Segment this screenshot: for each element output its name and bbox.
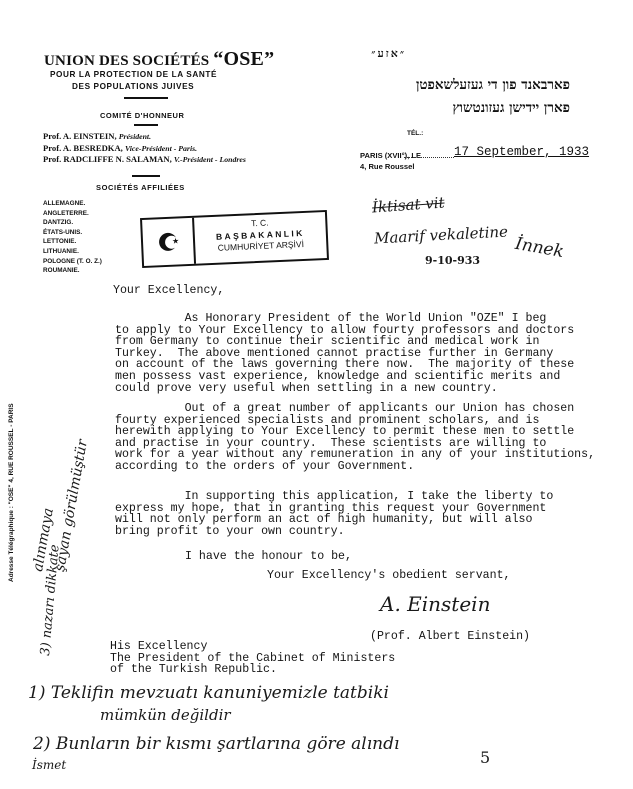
letter-paragraph: Out of a great number of applicants our … [115, 403, 595, 473]
divider [124, 97, 168, 99]
divider [132, 175, 160, 177]
yiddish-title-line1: פארבאנד פון די געזעלשאפטן [416, 77, 570, 93]
yiddish-title-line2: פארן יידישן געזונטשוץ [453, 100, 571, 116]
member-role: Vice-Président - Paris. [125, 144, 197, 153]
letter-paragraph: In supporting this application, I take t… [115, 491, 553, 537]
org-name-text: UNION DES SOCIÉTÉS [44, 53, 213, 69]
handwritten-signature-note: İsmet [32, 758, 66, 772]
org-subtitle-line2: DES POPULATIONS JUIVES [72, 82, 194, 91]
stamp-text: T. C. BAŞBAKANLIK CUMHURİYET ARŞİVİ [194, 212, 327, 264]
crescent-star-icon: ★ [159, 233, 178, 252]
handwritten-bottom-note: 1) Teklifin mevzuatı kanuniyemizle tatbi… [28, 683, 389, 703]
org-subtitle-line1: POUR LA PROTECTION DE LA SANTÉ [50, 70, 217, 79]
handwritten-side-note: şayan görülmüştür [52, 438, 91, 572]
page-number: 5 [480, 748, 490, 767]
member-name: Prof. RADCLIFFE N. SALAMAN, [43, 154, 172, 164]
organization-name: UNION DES SOCIÉTÉS “OSE” [44, 48, 274, 71]
honour-committee-list: Prof. A. EINSTEIN, Président. Prof. A. B… [43, 131, 246, 166]
closing-line: I have the honour to be, [185, 551, 352, 563]
handwritten-ministry-note: Maarif vekaletine [374, 223, 509, 248]
handwritten-date: 9-10-933 [425, 254, 480, 267]
member-name: Prof. A. BESREDKA, [43, 143, 123, 153]
affiliates-list: ALLEMAGNE. ANGLETERRE. DANTZIG. ÉTATS-UN… [43, 199, 102, 276]
member-name: Prof. A. EINSTEIN, [43, 131, 117, 141]
affiliates-heading: SOCIÉTÉS AFFILIÉES [96, 183, 185, 192]
affiliate-country: ÉTATS-UNIS. [43, 228, 102, 238]
committee-heading: COMITÉ D'HONNEUR [100, 111, 184, 120]
member-role: V.-Président - Londres [174, 155, 246, 164]
addressee-block: His Excellency The President of the Cabi… [110, 641, 395, 676]
street-address: 4, Rue Roussel [360, 162, 414, 171]
stamp-emblem: ★ [142, 218, 196, 266]
affiliate-country: ROUMANIE. [43, 266, 102, 276]
handwritten-struck-note: İktisat vit [371, 193, 445, 216]
salutation: Your Excellency, [113, 285, 224, 297]
affiliate-country: LETTONIE. [43, 237, 102, 247]
committee-member: Prof. A. BESREDKA, Vice-Président - Pari… [43, 143, 246, 155]
committee-member: Prof. A. EINSTEIN, Président. [43, 131, 246, 143]
letter-paragraph: As Honorary President of the World Union… [115, 313, 574, 394]
handwritten-bottom-note: 2) Bunların bir kısmı şartlarına göre al… [33, 734, 399, 754]
yiddish-acronym: ״אזע״ [371, 47, 406, 60]
affiliate-country: DANTZIG. [43, 218, 102, 228]
divider [134, 124, 158, 126]
member-role: Président. [119, 132, 151, 141]
archive-stamp: ★ T. C. BAŞBAKANLIK CUMHURİYET ARŞİVİ [140, 210, 329, 268]
affiliate-country: ALLEMAGNE. [43, 199, 102, 209]
complimentary-close: Your Excellency's obedient servant, [267, 570, 511, 582]
committee-member: Prof. RADCLIFFE N. SALAMAN, V.-Président… [43, 154, 246, 166]
affiliate-country: LITHUANIE. [43, 247, 102, 257]
date-dotted-line [404, 157, 454, 158]
handwritten-initials: İnnek [514, 234, 566, 262]
affiliate-country: POLOGNE (T. O. Z.) [43, 257, 102, 267]
letter-date: 17 September, 1933 [454, 145, 589, 159]
org-acronym: “OSE” [213, 48, 274, 70]
telephone-label: TÉL.: [407, 130, 423, 137]
signature: A. Einstein [380, 592, 490, 616]
handwritten-bottom-note: mümkün değildir [100, 706, 231, 724]
affiliate-country: ANGLETERRE. [43, 209, 102, 219]
telegraph-address: Adresse Télégraphique : "OSE" 4, RUE ROU… [8, 403, 15, 582]
place-prefix: PARIS (XVII°), LE [360, 151, 421, 160]
